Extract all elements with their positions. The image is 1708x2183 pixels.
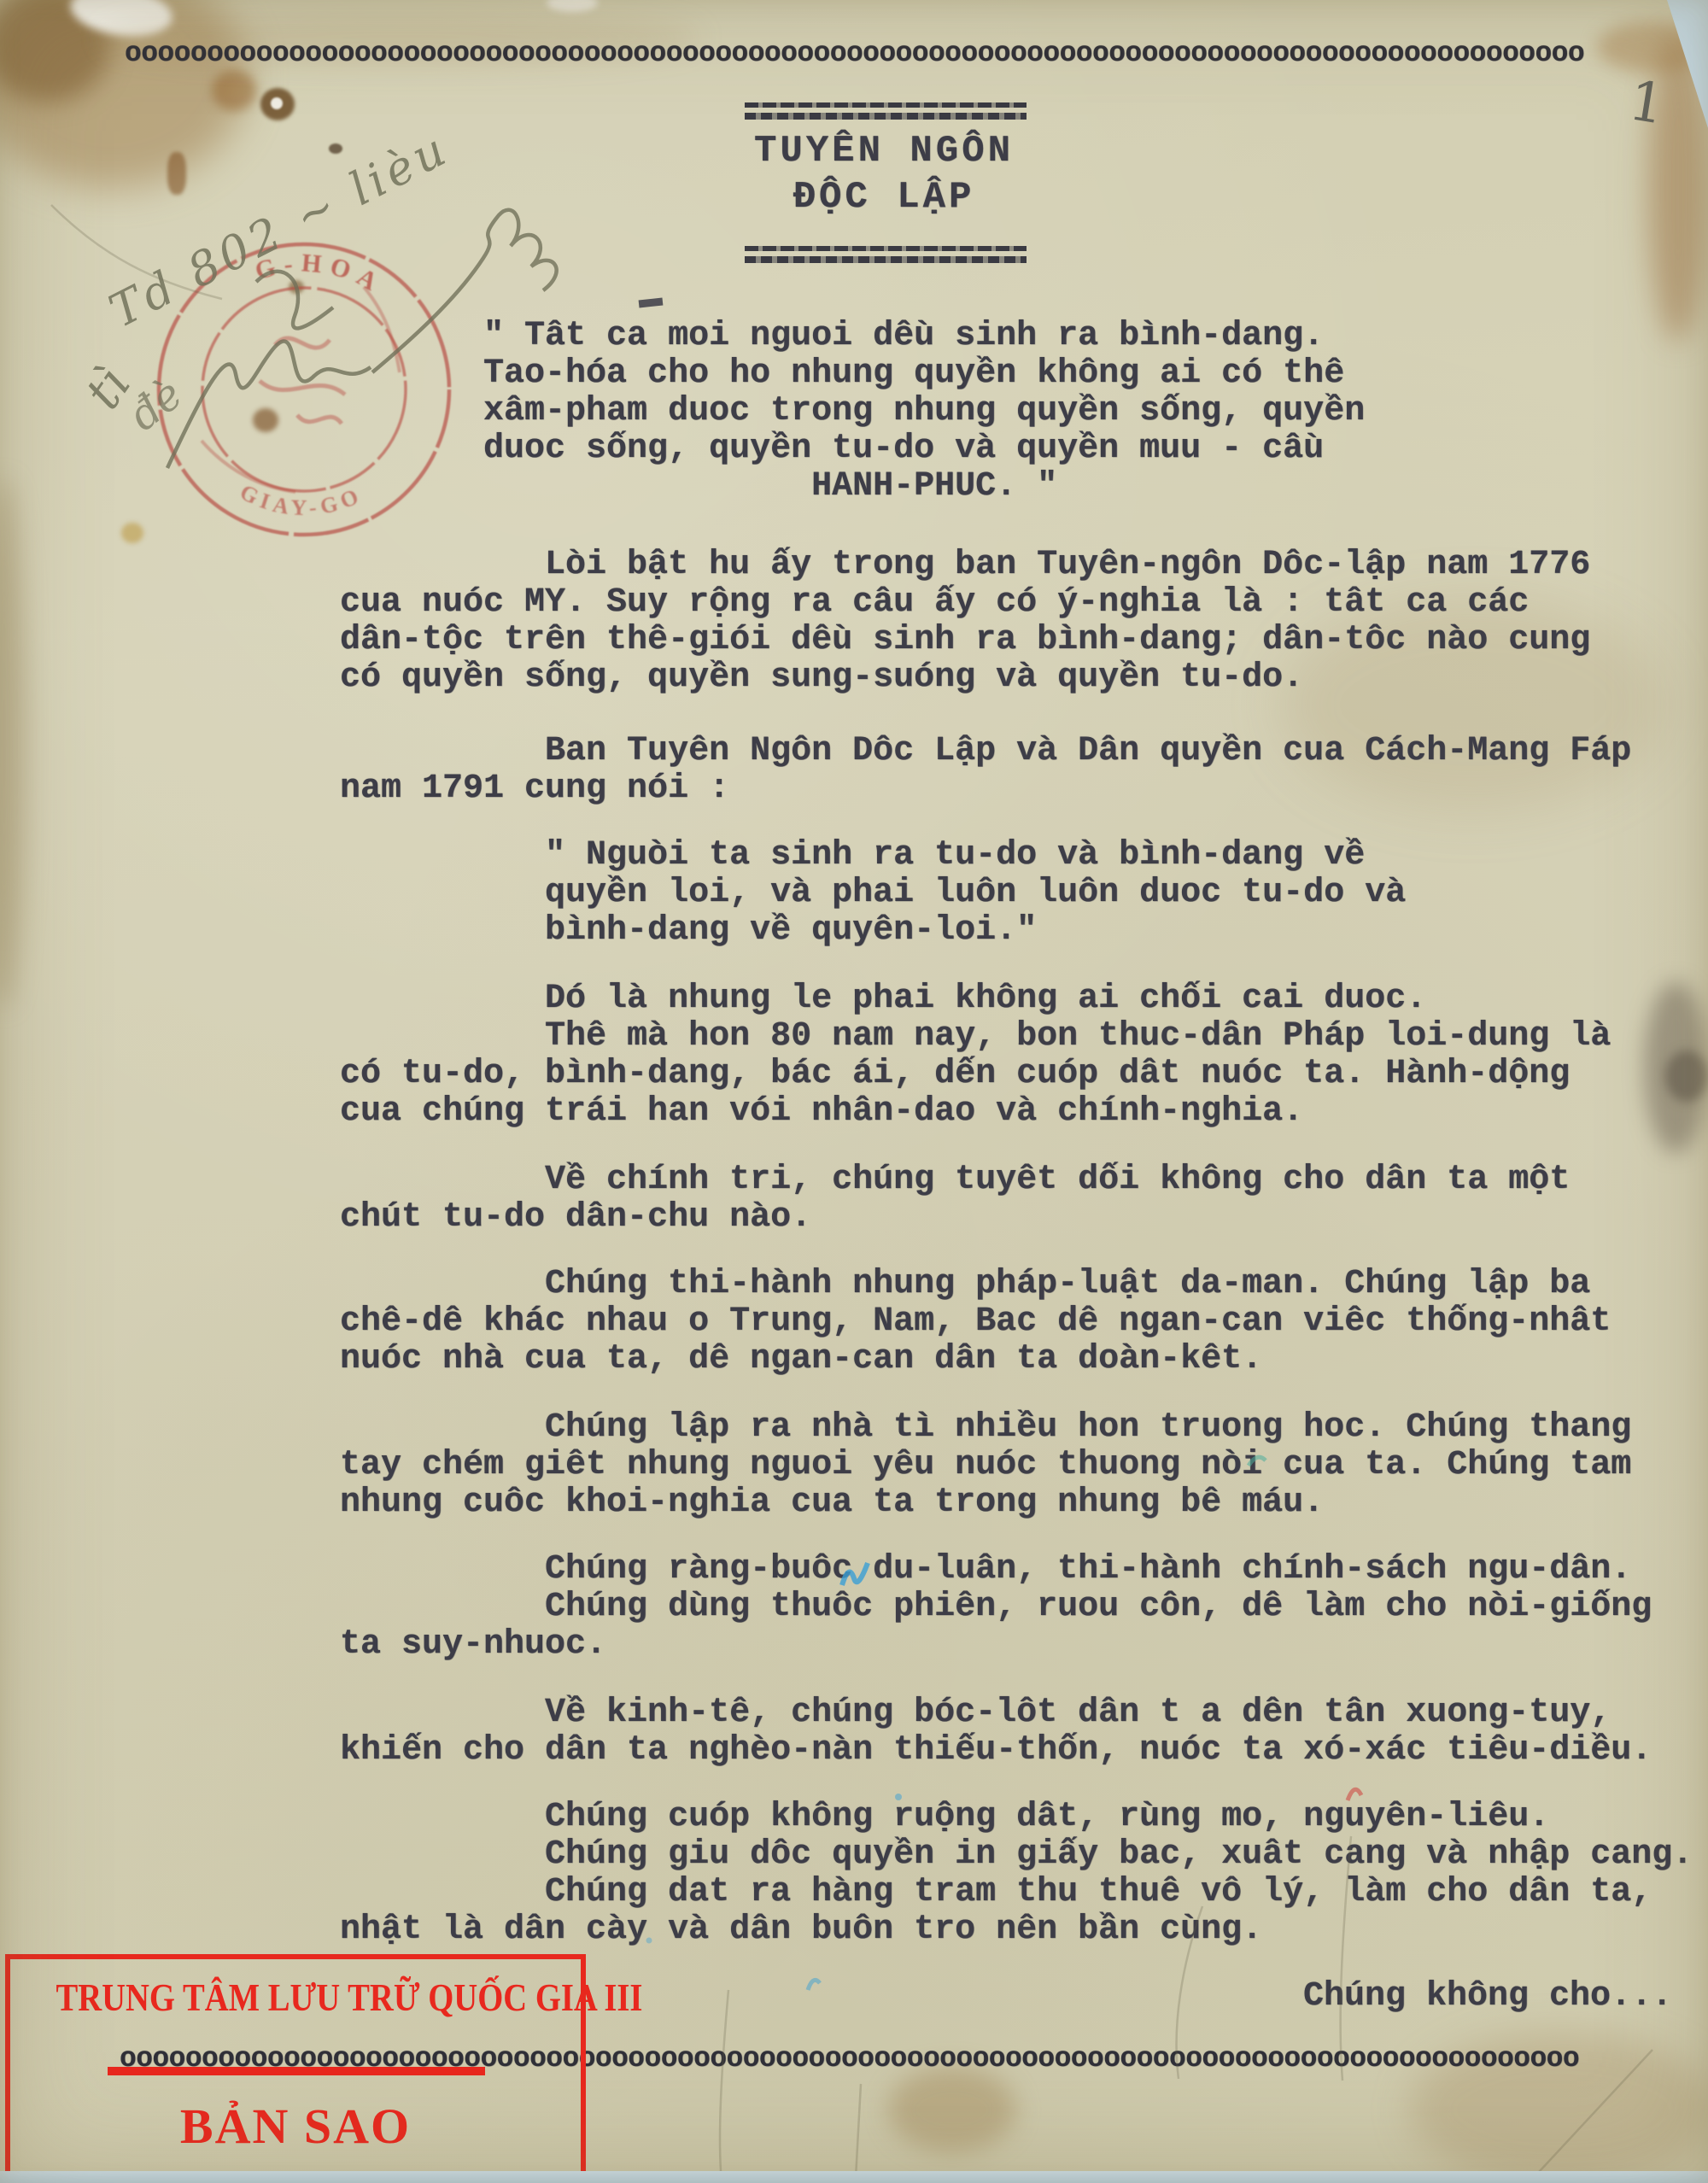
typed-line: chê-dê khác nhau o Trung, Nam, Bac dê ng… — [340, 1303, 1611, 1341]
handwritten-note-de: đè — [120, 369, 191, 441]
ink-8-mark — [167, 152, 186, 195]
handwritten-note-main: Td 802 ~ lièu — [101, 121, 458, 338]
stamp-center-marks — [260, 338, 345, 424]
typed-line: duoc sống, quyền tu-do và quyền muu - câ… — [340, 430, 1365, 468]
closing-line: Chúng không cho... — [1303, 1978, 1672, 2016]
typed-line: Chúng thi-hành nhung pháp-luật da-man. C… — [340, 1266, 1611, 1303]
rule-bar — [745, 102, 1027, 108]
stain-top-left-wash — [0, 0, 248, 188]
document-title-line2: ĐỘC LẬP — [726, 176, 1042, 219]
stain-bottom-middle — [888, 2067, 1016, 2152]
paper-tear-white-small — [547, 0, 598, 12]
typed-line: xâm-pham duoc trong nhung quyền sống, qu… — [340, 393, 1365, 430]
small-dark-spot — [329, 143, 342, 154]
typed-line: dân-tộc trên thê-giói dêù sinh ra bình-d… — [340, 622, 1590, 659]
typed-line: Về kinh-tê, chúng bóc-lôt dân t a dên tâ… — [340, 1694, 1652, 1732]
typed-line: Chúng ràng-buôc du-luân, thi-hành chính-… — [340, 1551, 1652, 1589]
title-rule-bottom — [745, 246, 1027, 263]
burn-spot-center — [271, 97, 283, 109]
typed-line: cua nuóc MY. Suy rộng ra câu ấy có ý-ngh… — [340, 584, 1590, 622]
rule-bar — [745, 256, 1027, 263]
typed-line: Chúng giu dôc quyền in giấy bac, xuât ca… — [340, 1836, 1693, 1874]
typed-line: nam 1791 cung nói : — [340, 770, 1631, 808]
typed-line: có quyền sống, quyền sung-suóng và quyền… — [340, 659, 1590, 697]
typed-paragraph: " Nguòi ta sinh ra tu-do và bình-dang về… — [340, 837, 1406, 950]
document-title-line1: TUYÊN NGÔN — [726, 130, 1042, 173]
title-rule-top — [745, 102, 1027, 120]
spot-small-brown — [289, 280, 304, 294]
stain-top-right-corner — [1597, 21, 1708, 73]
burn-spot-ring — [260, 88, 295, 120]
typed-paragraph: Chúng thi-hành nhung pháp-luật da-man. C… — [340, 1266, 1611, 1378]
typed-border-top: oooooooooooooooooooooooooooooooooooooooo… — [125, 38, 1584, 69]
typed-line: Lòi bật hu ấy trong ban Tuyên-ngôn Dôc-l… — [340, 547, 1590, 584]
smudge-right-middle-core — [1665, 1051, 1708, 1102]
typed-line: Thê mà hon 80 nam nay, bon thuc-dân Pháp… — [340, 1018, 1611, 1056]
copy-label: BẢN SAO — [10, 2098, 581, 2155]
typed-line: quyền loi, và phai luôn luôn duoc tu-do … — [340, 875, 1406, 912]
smudge-right-middle — [1644, 982, 1708, 1153]
typed-line: " Nguòi ta sinh ra tu-do và bình-dang về — [340, 837, 1406, 875]
typed-paragraph: Dó là nhung le phai không ai chối cai du… — [340, 980, 1611, 1131]
spot-yellow — [121, 523, 143, 543]
scanner-edge-corner — [1667, 0, 1708, 128]
handwritten-page-number: 1 — [1624, 69, 1669, 137]
typed-line: Chúng cuóp không ruộng dât, rùng mo, ngu… — [340, 1799, 1693, 1836]
scanned-document-page: oooooooooooooooooooooooooooooooooooooooo… — [0, 0, 1708, 2183]
archive-watermark-box: TRUNG TÂM LƯU TRỮ QUỐC GIA III BẢN SAO — [5, 1954, 586, 2178]
blue-speck — [808, 1980, 820, 1990]
stain-left-edge-wash — [0, 478, 26, 1008]
typed-line: có tu-do, bình-dang, bác ái, dến cuóp dâ… — [340, 1056, 1611, 1093]
typed-paragraph: Chúng lập ra nhà tì nhiều hon truong hoc… — [340, 1409, 1631, 1522]
typed-line: HANH-PHUC. " — [340, 468, 1365, 506]
spot-mid-left — [253, 408, 278, 432]
paper-tear-white — [67, 0, 175, 42]
typed-paragraph: Chúng cuóp không ruộng dât, rùng mo, ngu… — [340, 1799, 1693, 1949]
typed-line: tay chém giêt nhung nguoi yêu nuóc thuon… — [340, 1447, 1631, 1484]
typed-line: chút tu-do dân-chu nào. — [340, 1199, 1570, 1237]
rule-bar — [745, 113, 1027, 120]
typed-line: Tao-hóa cho ho nhung quyền không ai có t… — [340, 355, 1365, 393]
typed-paragraph: Chúng ràng-buôc du-luân, thi-hành chính-… — [340, 1551, 1652, 1664]
stain-top-left-dark — [0, 0, 111, 102]
typed-paragraph: Về chính tri, chúng tuyêt dối không cho … — [340, 1162, 1570, 1237]
typed-line: cua chúng trái han vói nhân-dao và chính… — [340, 1093, 1611, 1131]
typed-paragraph: Về kinh-tê, chúng bóc-lôt dân t a dên tâ… — [340, 1694, 1652, 1770]
typed-line: khiến cho dân ta nghèo-nàn thiếu-thốn, n… — [340, 1732, 1652, 1770]
stray-type-dash — [639, 298, 664, 308]
typed-line: nuóc nhà cua ta, dê ngan-can dân ta doàn… — [340, 1341, 1611, 1378]
typed-line: Dó là nhung le phai không ai chối cai du… — [340, 980, 1611, 1018]
typed-paragraph: " Tât ca moi nguoi dêù sinh ra bình-dang… — [340, 318, 1365, 506]
archive-center-name: TRUNG TÂM LƯU TRỮ QUỐC GIA III — [56, 1975, 535, 2020]
typed-line: bình-dang về quyên-loi." — [340, 912, 1406, 950]
rule-bar — [745, 246, 1027, 251]
typed-line: Ban Tuyên Ngôn Dôc Lập và Dân quyền cua … — [340, 733, 1631, 770]
typed-line: Chúng dat ra hàng tram thu thuê vô lý, l… — [340, 1874, 1693, 1911]
typed-paragraph: Lòi bật hu ấy trong ban Tuyên-ngôn Dôc-l… — [340, 547, 1590, 697]
stain-brown-blob — [212, 70, 256, 111]
typed-line: Về chính tri, chúng tuyêt dối không cho … — [340, 1162, 1570, 1199]
typed-line: Chúng dùng thuôc phiên, ruou côn, dê làm… — [340, 1589, 1652, 1626]
typed-line: ta suy-nhuoc. — [340, 1626, 1652, 1664]
typed-line: " Tât ca moi nguoi dêù sinh ra bình-dang… — [340, 318, 1365, 355]
typed-line: nhật là dân cày và dân buôn tro nên bần … — [340, 1911, 1693, 1949]
typed-line: nhung cuôc khoi-nghia cua ta trong nhung… — [340, 1484, 1631, 1522]
typed-line: Chúng lập ra nhà tì nhiều hon truong hoc… — [340, 1409, 1631, 1447]
typed-paragraph: Ban Tuyên Ngôn Dôc Lập và Dân quyền cua … — [340, 733, 1631, 808]
